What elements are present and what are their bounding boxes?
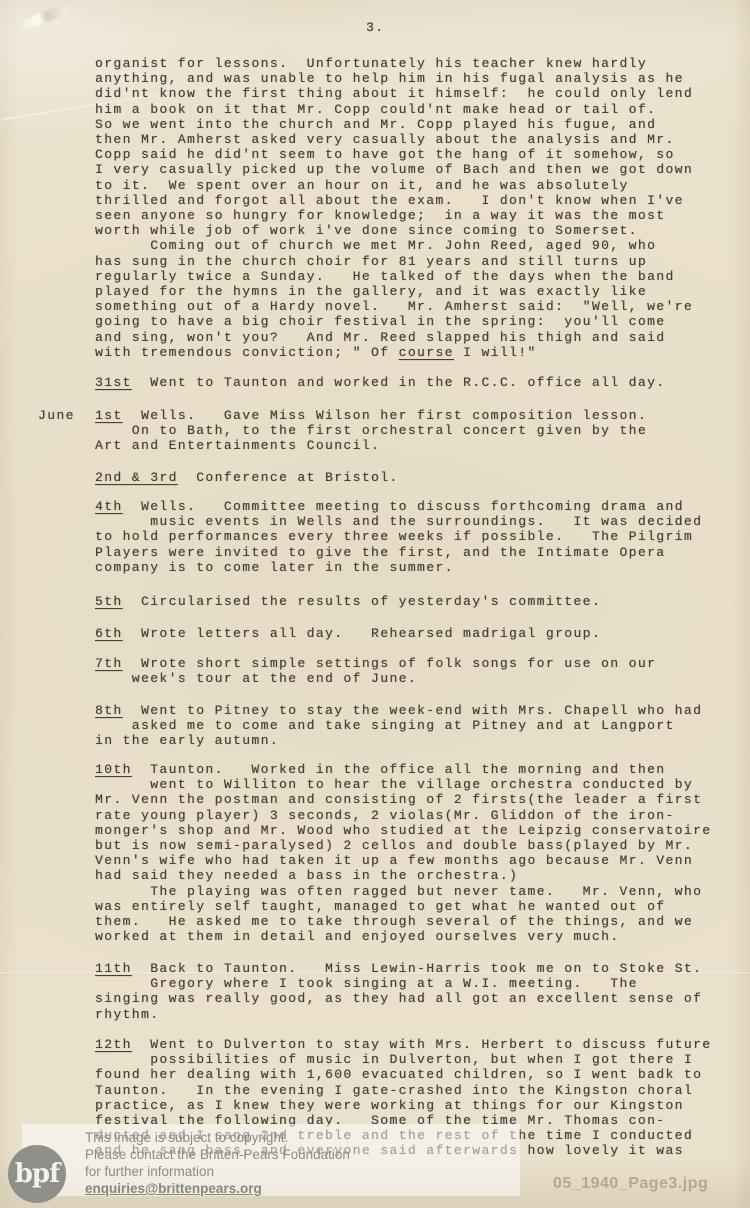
- contact-email: enquiries@brittenpears.org: [85, 1180, 350, 1197]
- page-number: 3.: [366, 20, 384, 35]
- entry-date: 6th: [95, 626, 123, 641]
- diary-entry-10th: 10th Taunton. Worked in the office all t…: [95, 762, 712, 944]
- entry-text: Taunton. Worked in the office all the mo…: [95, 762, 712, 944]
- paper-tear-mark: [18, 3, 70, 33]
- paragraph-organist-lessons: organist for lessons. Unfortunately his …: [95, 56, 693, 238]
- entry-text: Wells. Gave Miss Wilson her first compos…: [95, 408, 647, 453]
- body-paragraphs: organist for lessons. Unfortunately his …: [95, 56, 693, 360]
- diary-entry-2nd-3rd: 2nd & 3rd Conference at Bristol.: [95, 470, 399, 485]
- entry-date: 5th: [95, 594, 123, 609]
- bpf-logo-text: bpf: [15, 1159, 60, 1189]
- diary-entry-june-1st: June1st Wells. Gave Miss Wilson her firs…: [95, 408, 647, 454]
- entry-text: Went to Pitney to stay the week-end with…: [95, 703, 702, 748]
- entry-date: 2nd & 3rd: [95, 470, 178, 485]
- entry-text: Wrote short simple settings of folk song…: [95, 656, 656, 686]
- diary-entry-6th: 6th Wrote letters all day. Rehearsed mad…: [95, 626, 601, 641]
- entry-text: Circularised the results of yesterday's …: [123, 594, 601, 609]
- entry-text: Back to Taunton. Miss Lewin-Harris took …: [95, 961, 702, 1022]
- diary-entry-5th: 5th Circularised the results of yesterda…: [95, 594, 601, 609]
- image-filename-overlay: 05_1940_Page3.jpg: [553, 1175, 708, 1193]
- copyright-line-3: for further information: [85, 1163, 350, 1180]
- entry-text: Went to Taunton and worked in the R.C.C.…: [132, 375, 666, 390]
- diary-entry-4th: 4th Wells. Committee meeting to discuss …: [95, 499, 702, 575]
- diary-entry-8th: 8th Went to Pitney to stay the week-end …: [95, 703, 702, 749]
- entry-date: 4th: [95, 499, 123, 514]
- scanned-diary-page: 3. organist for lessons. Unfortunately h…: [0, 0, 750, 1208]
- copyright-line-2: Please contact the Britten-Pears Foundat…: [85, 1146, 350, 1163]
- copyright-line-1: This image is subject to copyright.: [85, 1129, 350, 1146]
- month-label-june: June: [38, 408, 75, 423]
- bpf-logo: bpf: [8, 1145, 66, 1203]
- entry-text: Conference at Bristol.: [178, 470, 399, 485]
- entry-date: 8th: [95, 703, 123, 718]
- entry-date: 31st: [95, 375, 132, 390]
- diary-entry-7th: 7th Wrote short simple settings of folk …: [95, 656, 656, 686]
- entry-text: Wrote letters all day. Rehearsed madriga…: [123, 626, 601, 641]
- entry-text: Wells. Committee meeting to discuss fort…: [95, 499, 702, 575]
- entry-date: 7th: [95, 656, 123, 671]
- entry-date: 1st: [95, 408, 123, 423]
- entry-date: 11th: [95, 961, 132, 976]
- underlined-word-course: course: [399, 345, 454, 360]
- paragraph-john-reed: Coming out of church we met Mr. John Ree…: [95, 238, 693, 359]
- entry-date: 10th: [95, 762, 132, 777]
- paragraph-john-reed-end: I will!": [454, 345, 537, 360]
- copyright-notice: This image is subject to copyright. Plea…: [85, 1129, 350, 1197]
- diary-entry-11th: 11th Back to Taunton. Miss Lewin-Harris …: [95, 961, 702, 1022]
- entry-date: 12th: [95, 1037, 132, 1052]
- diary-entry-31st: 31st Went to Taunton and worked in the R…: [95, 375, 666, 390]
